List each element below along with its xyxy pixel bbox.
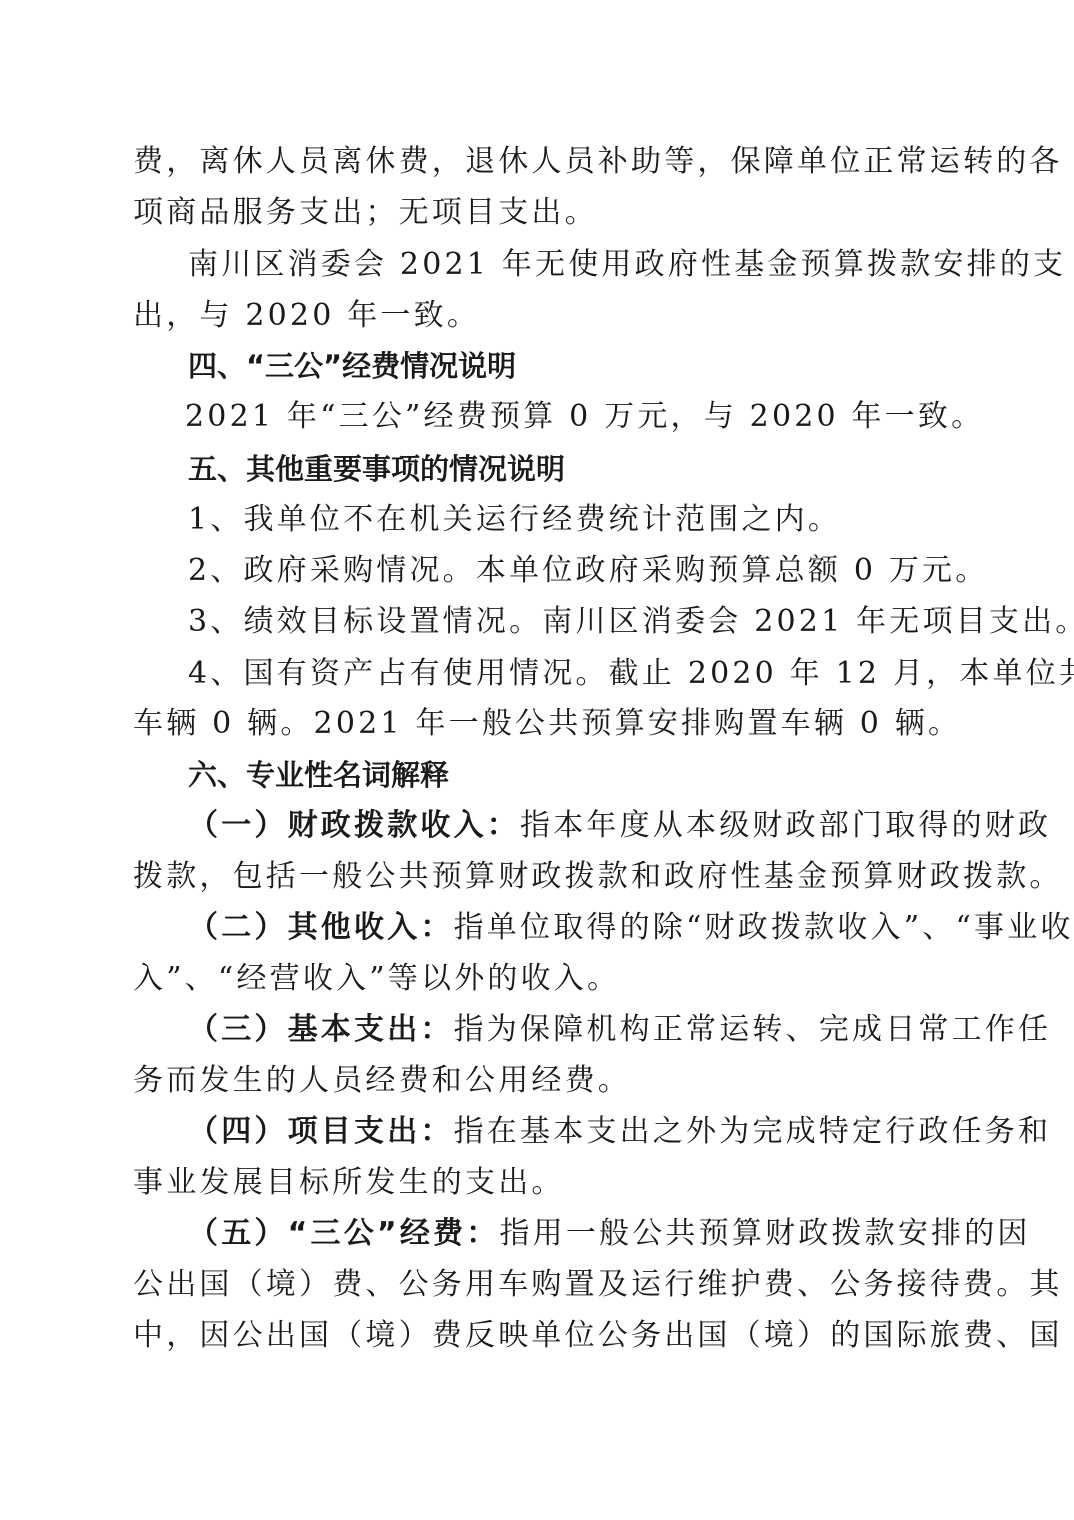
document-page: 费，离休人员离休费，退休人员补助等，保障单位正常运转的各 项商品服务支出；无项目… (0, 0, 1074, 1520)
list-item: 4、国有资产占有使用情况。截止 2020 年 12 月，本单位共有 (188, 654, 1003, 694)
term-definition: （五）“三公”经费：指用一般公共预算财政拨款安排的因 (188, 1214, 1003, 1254)
term-label: （五）“三公”经费： (188, 1216, 499, 1251)
term-definition: （三）基本支出：指为保障机构正常运转、完成日常工作任 (188, 1010, 1003, 1050)
paragraph-line: 公出国（境）费、公务用车购置及运行维护费、公务接待费。其 (133, 1265, 948, 1305)
term-text: 指为保障机构正常运转、完成日常工作任 (454, 1012, 1052, 1047)
term-definition: （一）财政拨款收入：指本年度从本级财政部门取得的财政 (188, 806, 1003, 846)
list-item: 3、绩效目标设置情况。南川区消委会 2021 年无项目支出。 (188, 602, 1003, 642)
list-item: 2、政府采购情况。本单位政府采购预算总额 0 万元。 (188, 551, 1003, 591)
paragraph-line: 拨款，包括一般公共预算财政拨款和政府性基金预算财政拨款。 (133, 857, 948, 897)
term-label: （三）基本支出： (188, 1012, 454, 1047)
term-definition: （二）其他收入：指单位取得的除“财政拨款收入”、“事业收 (188, 908, 1003, 948)
section-heading: 四、“三公”经费情况说明 (188, 346, 1003, 386)
term-label: （二）其他收入： (188, 910, 454, 945)
paragraph-line: 入”、“经营收入”等以外的收入。 (133, 959, 948, 999)
paragraph-line: 项商品服务支出；无项目支出。 (133, 193, 948, 233)
section-heading: 六、专业性名词解释 (188, 755, 1003, 795)
term-text: 指单位取得的除“财政拨款收入”、“事业收 (454, 910, 1074, 945)
term-label: （一）财政拨款收入： (188, 808, 520, 843)
paragraph-line: 事业发展目标所发生的支出。 (133, 1163, 948, 1203)
paragraph-line: 中，因公出国（境）费反映单位公务出国（境）的国际旅费、国 (133, 1316, 948, 1356)
section-heading: 五、其他重要事项的情况说明 (188, 449, 1003, 489)
term-text: 指用一般公共预算财政拨款安排的因 (499, 1216, 1030, 1251)
paragraph-line: 出，与 2020 年一致。 (133, 296, 948, 336)
term-label: （四）项目支出： (188, 1114, 454, 1149)
paragraph-line: 费，离休人员离休费，退休人员补助等，保障单位正常运转的各 (133, 142, 948, 182)
term-text: 指在基本支出之外为完成特定行政任务和 (454, 1114, 1052, 1149)
paragraph-line: 2021 年“三公”经费预算 0 万元，与 2020 年一致。 (185, 397, 1000, 437)
paragraph-line: 务而发生的人员经费和公用经费。 (133, 1061, 948, 1101)
paragraph-line: 南川区消委会 2021 年无使用政府性基金预算拨款安排的支 (188, 245, 1003, 285)
list-item: 1、我单位不在机关运行经费统计范围之内。 (188, 500, 1003, 540)
paragraph-line: 车辆 0 辆。2021 年一般公共预算安排购置车辆 0 辆。 (133, 704, 948, 744)
term-definition: （四）项目支出：指在基本支出之外为完成特定行政任务和 (188, 1112, 1003, 1152)
term-text: 指本年度从本级财政部门取得的财政 (520, 808, 1051, 843)
